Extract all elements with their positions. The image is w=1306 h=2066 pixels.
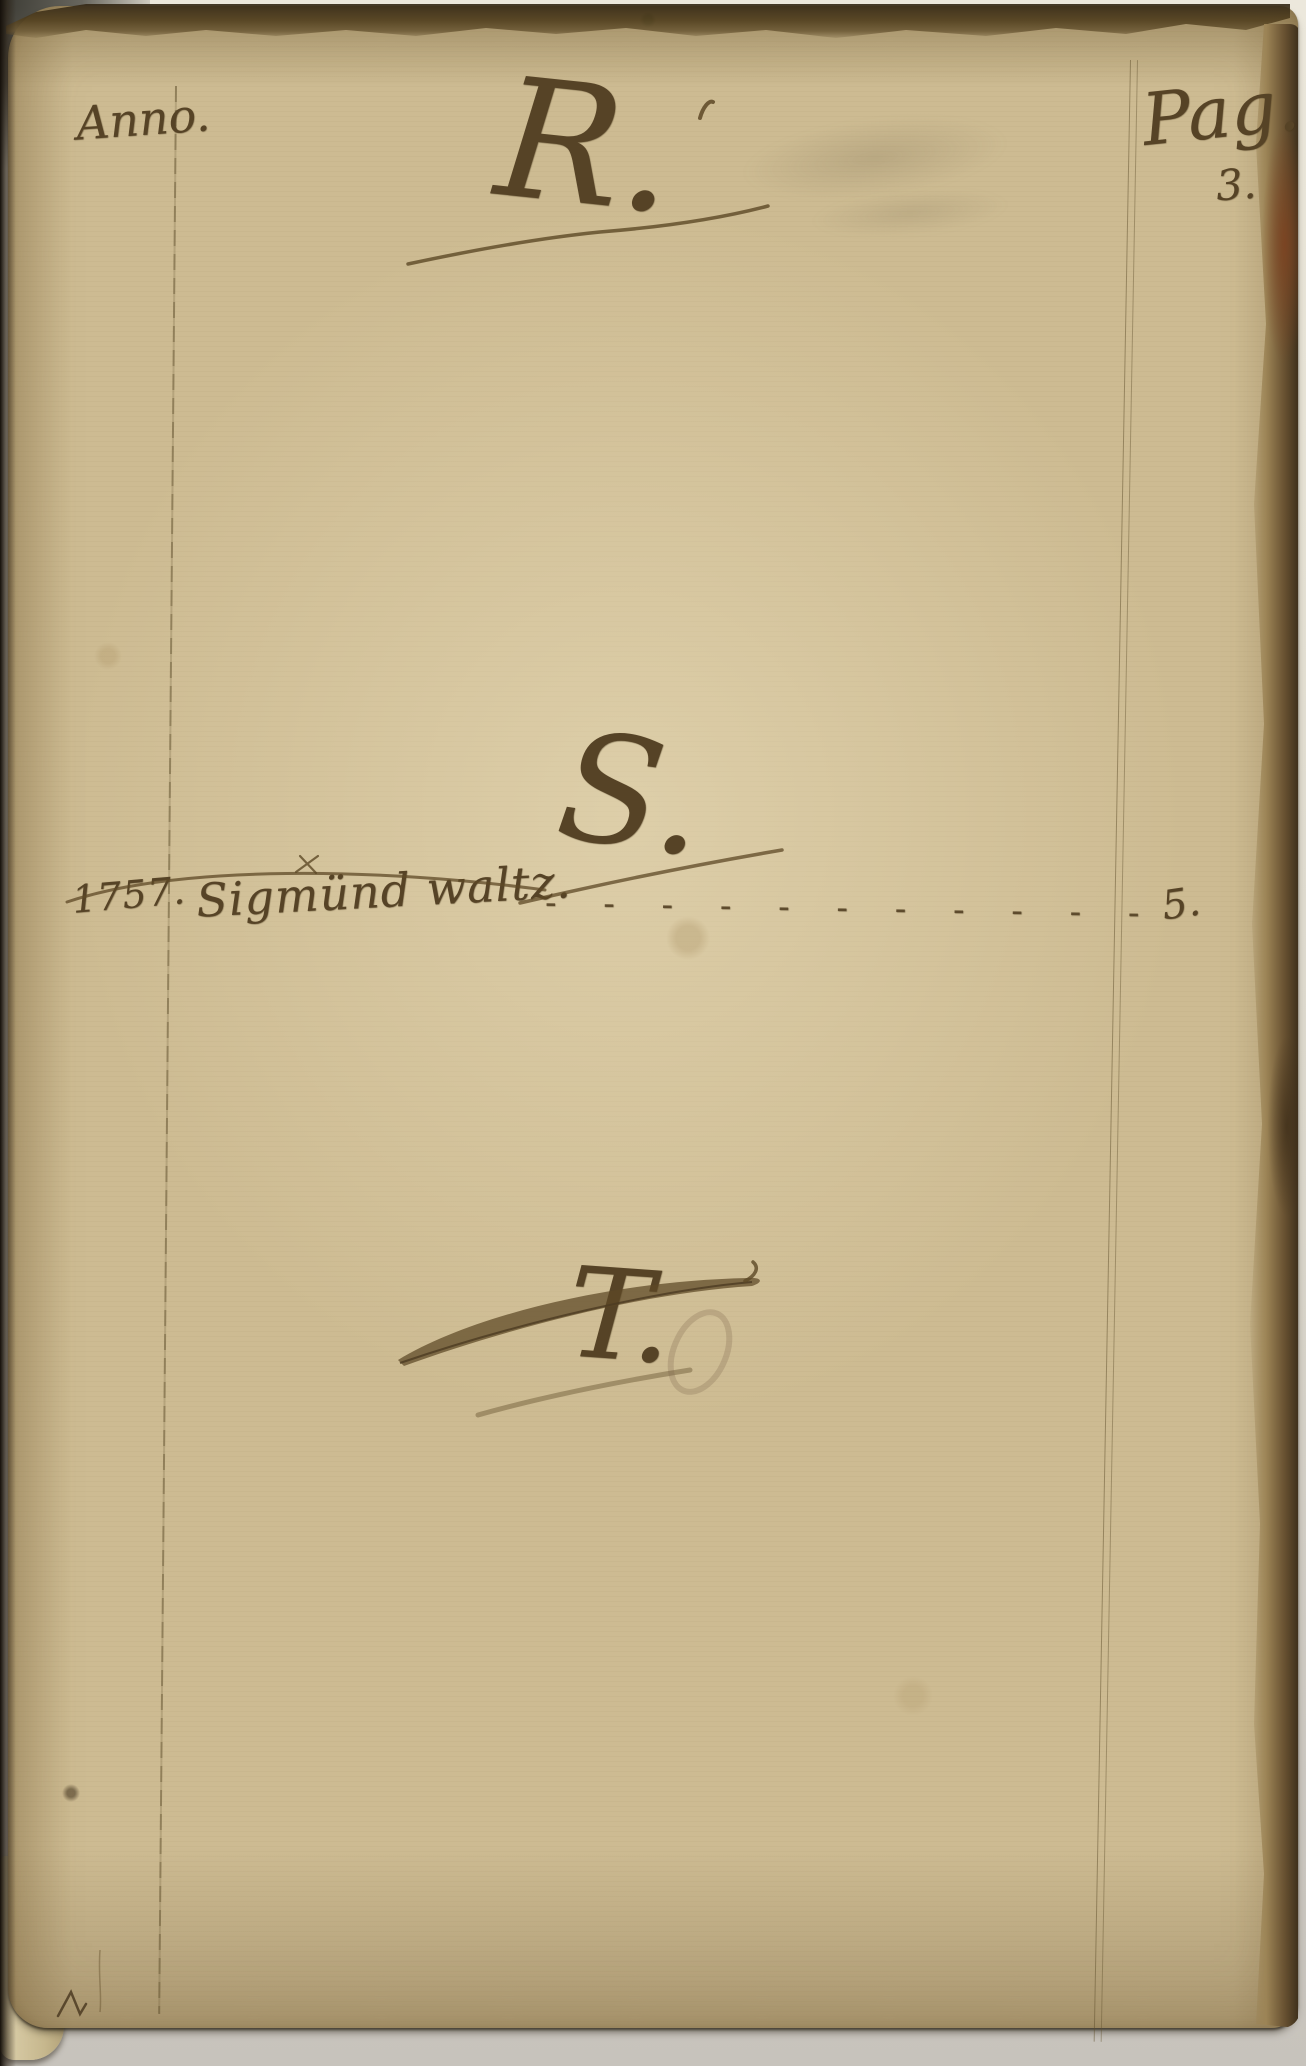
book-binding-edge [0, 0, 16, 2066]
manuscript-scan: Anno. R. Pag. 3. S. 1757. Sigmünd waltz.… [0, 0, 1306, 2066]
entry-page-reference: 5. [1159, 882, 1202, 927]
index-letter-s: S. [550, 711, 715, 880]
index-letter-t: T. [564, 1250, 677, 1382]
page-number: 3. [1215, 163, 1258, 208]
anno-column-heading: Anno. [75, 91, 212, 146]
index-letter-r: R. [490, 55, 683, 238]
entry-leader-dashes: - - - - - - - - - - - [545, 886, 1158, 931]
entry-year: 1757. [71, 871, 188, 919]
pag-column-heading: Pag. [1139, 68, 1303, 156]
